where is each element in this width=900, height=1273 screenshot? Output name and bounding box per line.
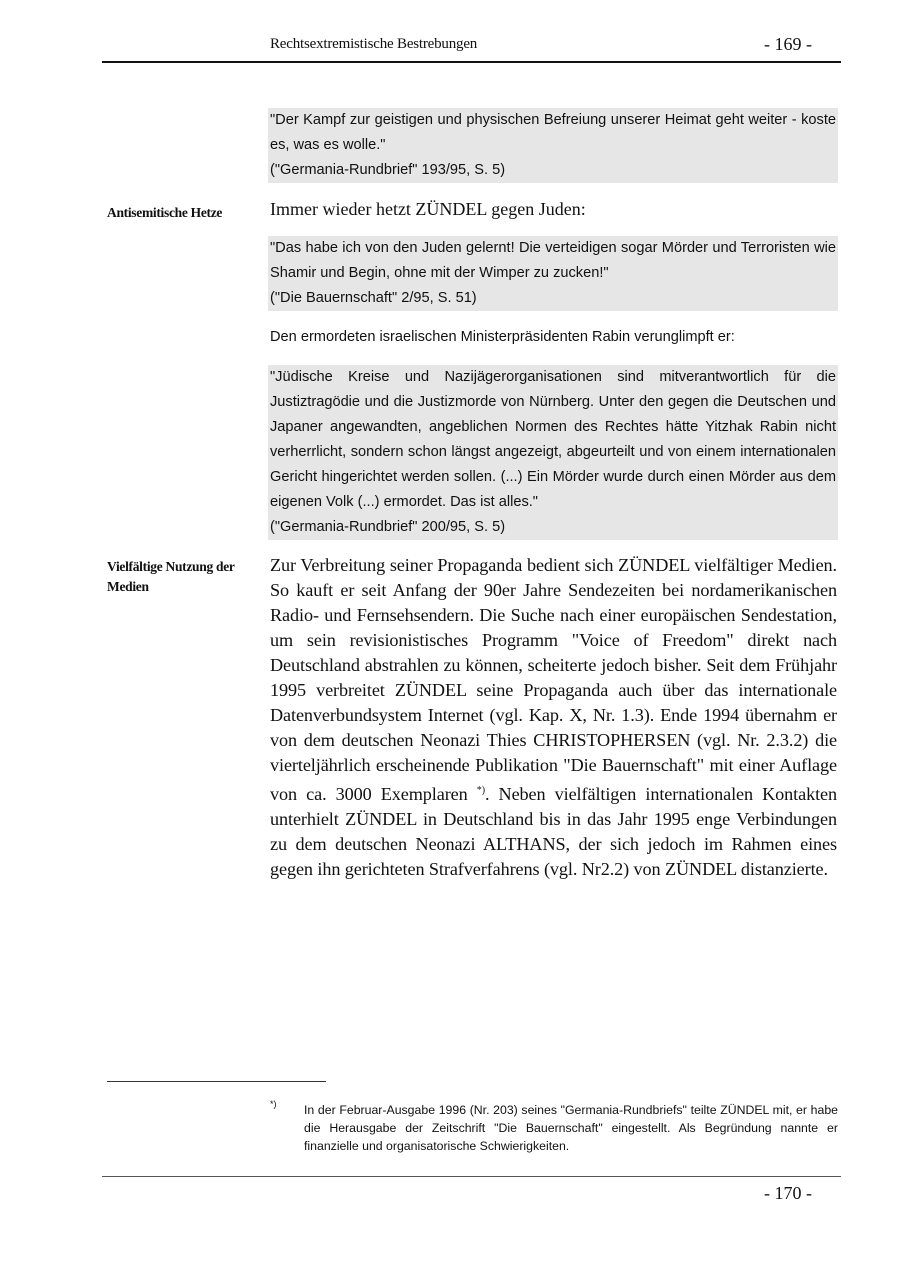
margin-label-antisemitism: Antisemitische Hetze <box>107 203 222 223</box>
quote-source: ("Germania-Rundbrief" 200/95, S. 5) <box>270 515 836 540</box>
quote-block-juden: "Das habe ich von den Juden gelernt! Die… <box>268 236 838 311</box>
margin-label-media: Vielfältige Nutzung der Medien <box>107 557 235 597</box>
margin-label-line: Vielfältige Nutzung der <box>107 557 235 577</box>
page-number-top: - 169 - <box>764 34 812 55</box>
quote-block-kampf: "Der Kampf zur geistigen und physischen … <box>268 108 838 183</box>
footnote-reference[interactable]: *) <box>477 785 485 796</box>
header-divider <box>102 61 841 63</box>
quote-source: ("Die Bauernschaft" 2/95, S. 51) <box>270 286 836 311</box>
paragraph-text: Zur Verbreitung seiner Propaganda bedien… <box>270 555 837 804</box>
media-paragraph: Zur Verbreitung seiner Propaganda bedien… <box>270 553 837 882</box>
footnote-mark: *) <box>270 1099 277 1109</box>
footer-divider <box>102 1176 841 1177</box>
margin-label-line: Medien <box>107 577 235 597</box>
quote-source: ("Germania-Rundbrief" 193/95, S. 5) <box>270 158 836 183</box>
quote-text: "Das habe ich von den Juden gelernt! Die… <box>270 236 836 286</box>
quote-text: "Der Kampf zur geistigen und physischen … <box>270 108 836 158</box>
lead-sentence: Immer wieder hetzt ZÜNDEL gegen Juden: <box>270 199 586 220</box>
page-number-bottom: - 170 - <box>764 1183 812 1204</box>
running-header-title: Rechtsextremistische Bestrebungen <box>270 36 477 53</box>
footnote-divider <box>107 1081 326 1082</box>
footnote-text: In der Februar-Ausgabe 1996 (Nr. 203) se… <box>304 1101 838 1155</box>
quote-text: "Jüdische Kreise und Nazijägerorganisati… <box>270 365 836 515</box>
quote-block-rabin: "Jüdische Kreise und Nazijägerorganisati… <box>268 365 838 540</box>
intro-rabin: Den ermordeten israelischen Ministerpräs… <box>270 329 735 345</box>
